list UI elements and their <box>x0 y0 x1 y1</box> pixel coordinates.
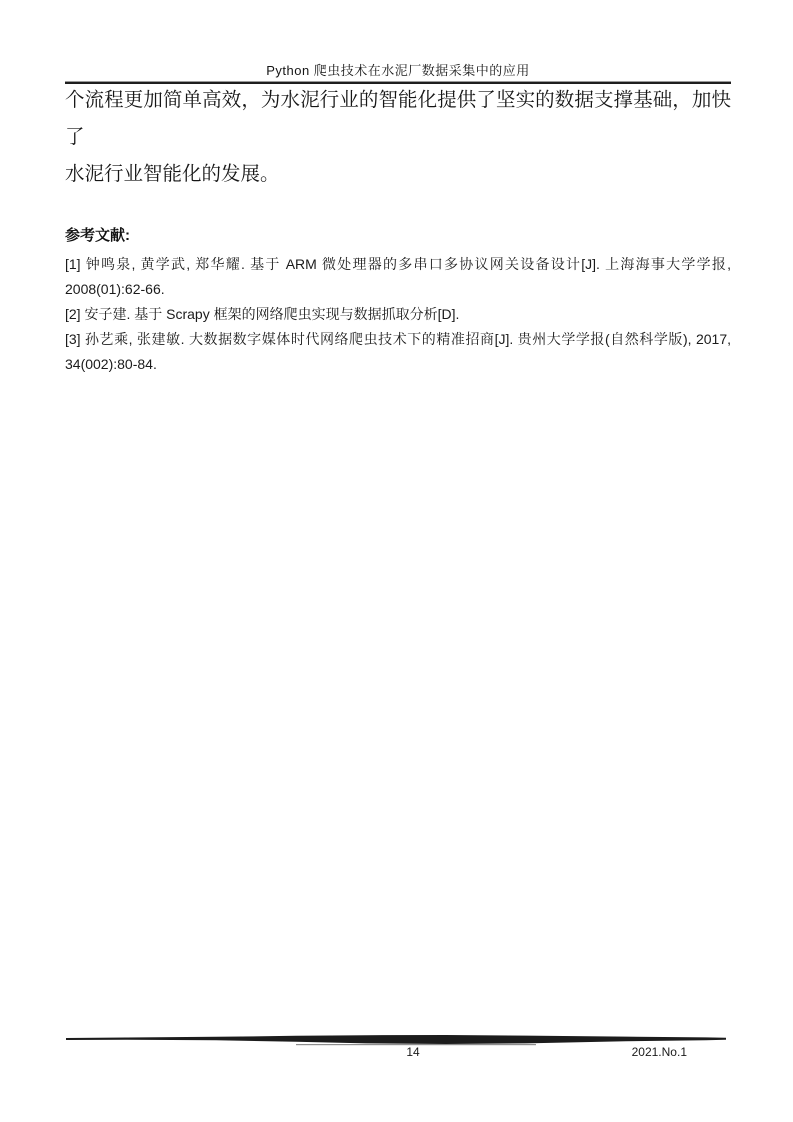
references-heading: 参考文献: <box>65 226 130 246</box>
body-paragraph: 个流程更加简单高效，为水泥行业的智能化提供了坚实的数据支撑基础，加快了 水泥行业… <box>65 82 731 193</box>
reference-item: [1] 钟鸣泉, 黄学武, 郑华耀. 基于 ARM 微处理器的多串口多协议网关设… <box>65 252 731 302</box>
reference-item: [3] 孙艺乘, 张建敏. 大数据数字媒体时代网络爬虫技术下的精准招商[J]. … <box>65 327 731 377</box>
reference-line: [2] 安子建. 基于 Scrapy 框架的网络爬虫实现与数据抓取分析[D]. <box>65 302 731 327</box>
paper-page: Python 爬虫技术在水泥厂数据采集中的应用 个流程更加简单高效，为水泥行业的… <box>0 0 793 1122</box>
body-line: 个流程更加简单高效，为水泥行业的智能化提供了坚实的数据支撑基础，加快了 <box>65 82 731 156</box>
reference-line: 2008(01):62-66. <box>65 277 731 302</box>
reference-line: [1] 钟鸣泉, 黄学武, 郑华耀. 基于 ARM 微处理器的多串口多协议网关设… <box>65 252 731 277</box>
running-header-title: Python 爬虫技术在水泥厂数据采集中的应用 <box>65 62 731 80</box>
body-line: 水泥行业智能化的发展。 <box>65 156 731 193</box>
reference-line: 34(002):80-84. <box>65 352 731 377</box>
footer-issue-label: 2021.No.1 <box>632 1044 687 1060</box>
reference-item: [2] 安子建. 基于 Scrapy 框架的网络爬虫实现与数据抓取分析[D]. <box>65 302 731 327</box>
references-list: [1] 钟鸣泉, 黄学武, 郑华耀. 基于 ARM 微处理器的多串口多协议网关设… <box>65 252 731 377</box>
reference-line: [3] 孙艺乘, 张建敏. 大数据数字媒体时代网络爬虫技术下的精准招商[J]. … <box>65 327 731 352</box>
